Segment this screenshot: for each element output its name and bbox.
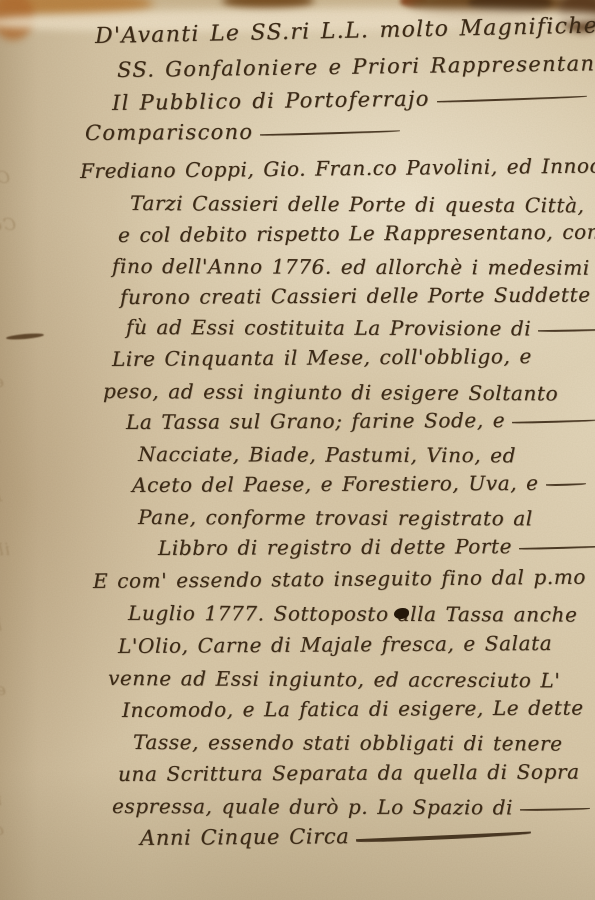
manuscript-line: fù ad Essi costituita La Provisione di <box>126 315 595 341</box>
manuscript-line: una Scrittura Separata da quella di Sopr… <box>118 760 580 786</box>
manuscript-text: D'Avanti Le SS.ri L.L. molto MagnificheS… <box>0 0 595 900</box>
flourish-dash <box>512 419 595 423</box>
manuscript-line: Compariscono <box>85 119 400 145</box>
manuscript-line: e col debito rispetto Le Rappresentano, … <box>118 220 595 247</box>
flourish-dash <box>437 95 587 102</box>
manuscript-line: peso, ad essi ingiunto di esigere Soltan… <box>103 379 558 405</box>
manuscript-line: Pane, conforme trovasi registrato al <box>138 505 533 530</box>
flourish-dash <box>546 483 586 486</box>
manuscript-line: fino dell'Anno 1776. ed allorchè i medes… <box>112 254 590 280</box>
manuscript-line: Incomodo, e La fatica di esigere, Le det… <box>122 696 584 722</box>
manuscript-line: Aceto del Paese, e Forestiero, Uva, e <box>132 471 586 497</box>
manuscript-line: Lire Cinquanta il Mese, coll'obbligo, e <box>112 344 532 371</box>
manuscript-line: SS. Gonfaloniere e Priori Rappresentanti <box>117 51 595 82</box>
manuscript-line: Nacciate, Biade, Pastumi, Vino, ed <box>138 442 516 467</box>
manuscript-line: L'Olio, Carne di Majale fresca, e Salata <box>118 631 552 658</box>
manuscript-line: Anni Cinque Circa <box>140 823 531 850</box>
manuscript-line: La Tassa sul Grano; farine Sode, e <box>126 408 595 434</box>
manuscript-line: D'Avanti Le SS.ri L.L. molto Magnifiche <box>95 13 595 49</box>
flourish-dash <box>519 545 595 549</box>
manuscript-line: Libbro di registro di dette Porte <box>158 534 595 560</box>
manuscript-line: furono creati Cassieri delle Porte Sudde… <box>120 283 591 309</box>
manuscript-page: CosiCeim Parae sulleSanne SudHari confil… <box>0 0 595 900</box>
manuscript-line: venne ad Essi ingiunto, ed accresciuto L… <box>108 666 560 692</box>
manuscript-line: Il Pubblico di Portoferrajo <box>112 84 587 115</box>
flourish-dash <box>356 831 531 843</box>
flourish-dash <box>538 328 595 331</box>
flourish-dash <box>260 130 400 136</box>
manuscript-line: espressa, quale durò p. Lo Spazio di <box>112 794 590 820</box>
manuscript-line: Tarzi Cassieri delle Porte di questa Cit… <box>130 191 585 217</box>
flourish-dash <box>520 807 590 810</box>
manuscript-line: Tasse, essendo stati obbligati di tenere <box>133 730 563 755</box>
manuscript-line: Frediano Coppi, Gio. Fran.co Pavolini, e… <box>80 153 595 183</box>
manuscript-line: E com' essendo stato inseguito fino dal … <box>93 565 586 593</box>
manuscript-line: Luglio 1777. Sottoposto alla Tassa anche <box>128 601 578 627</box>
